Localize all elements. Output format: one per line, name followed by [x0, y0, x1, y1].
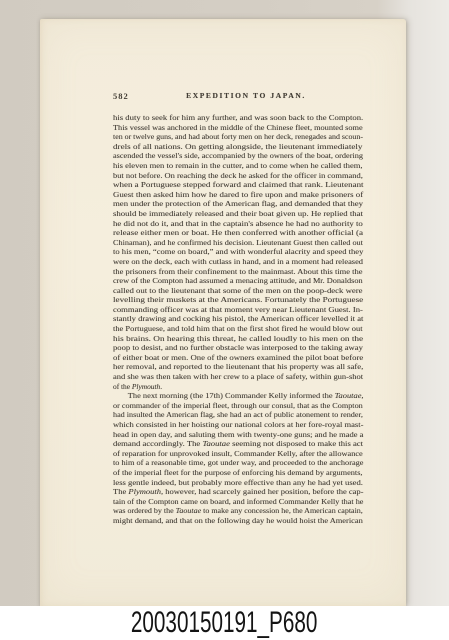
page-number: 582: [113, 91, 129, 101]
text-line: should be immediately released and their…: [113, 209, 363, 219]
text-line: had insulted the American flag, she had …: [113, 410, 363, 420]
text-line: demand accordingly. The Taoutae seeming …: [113, 439, 363, 449]
text-line: his eleven men to remain in the cutter, …: [113, 161, 363, 171]
text-line: This vessel was anchored in the middle o…: [113, 123, 363, 133]
text-line: of the imperial fleet for the purpose of…: [113, 468, 362, 478]
text-line: was ordered by the Taoutae to make any c…: [113, 506, 363, 516]
page-text: his duty to seek for him any further, an…: [113, 113, 363, 526]
catalog-number: 20030150191_P680: [131, 606, 317, 638]
text-line: but not before. On reaching the deck he …: [113, 171, 363, 181]
text-line: and she was then taken with her crew to …: [113, 372, 363, 382]
text-line: of reparation for unprovoked insult, Com…: [113, 449, 363, 459]
text-line: of either boat or men. One of the owners…: [113, 353, 363, 363]
text-line: her removal, and reported to the lieuten…: [113, 362, 363, 372]
text-line: men under the protection of the American…: [113, 199, 363, 209]
text-line: tain of the Compton came on board, and i…: [113, 497, 363, 507]
text-line: when a Portuguese stepped forward and cl…: [113, 180, 364, 190]
text-line: The next morning (the 17th) Commander Ke…: [113, 391, 364, 401]
text-line: the prisoners from their confinement to …: [113, 267, 363, 277]
text-line: drels of all nations. On getting alongsi…: [113, 142, 362, 152]
text-line: his brains. On hearing this threat, he c…: [113, 334, 363, 344]
text-line: he did not do it, and that in the captai…: [113, 219, 363, 229]
text-line: Chinaman), and he confirmed his decision…: [113, 238, 363, 248]
text-line: The Plymouth, however, had scarcely gain…: [113, 487, 364, 497]
text-line: to his men, “come on board,” and with wo…: [113, 247, 363, 257]
book-page: 582 EXPEDITION TO JAPAN. his duty to see…: [40, 19, 406, 606]
running-title: EXPEDITION TO JAPAN.: [113, 91, 363, 100]
text-line: or commander of the imperial fleet, thro…: [113, 401, 363, 411]
caption-strip: 20030150191_P680: [0, 606, 449, 640]
text-line: release either men or boat. He then conf…: [113, 228, 363, 238]
text-line: crew of the Compton had assumed a menaci…: [113, 276, 363, 286]
book-page-photo: 582 EXPEDITION TO JAPAN. his duty to see…: [0, 0, 449, 606]
text-line: less gentle indeed, but probably more ef…: [113, 478, 363, 488]
text-line: of the Plymouth.: [113, 382, 162, 392]
text-line: commanding officer was at that moment ve…: [113, 305, 363, 315]
text-line: were on the deck, each with cutlass in h…: [113, 257, 363, 267]
text-line: poop to desist, and no further obstacle …: [113, 343, 363, 353]
text-line: might demand, and that on the following …: [113, 516, 363, 526]
text-line: called out to the lieutenant that some o…: [113, 286, 363, 296]
text-line: ten or twelve guns, and had about forty …: [113, 132, 363, 142]
text-line: Guest then asked him how he dared to fir…: [113, 190, 363, 200]
text-line: stantly drawing and cocking his pistol, …: [113, 314, 363, 324]
text-line: the Portuguese, and told him that on the…: [113, 324, 363, 334]
text-line: ascended the vessel's side, accompanied …: [113, 151, 363, 161]
text-line: head in open day, and saluting them with…: [113, 430, 363, 440]
text-line: to him of a reasonable time, got under w…: [113, 458, 363, 468]
text-line: which consisted in her hoisting our nati…: [113, 420, 363, 430]
text-line: levelling their muskets at the Americans…: [113, 295, 363, 305]
text-line: his duty to seek for him any further, an…: [113, 113, 363, 123]
running-head: 582 EXPEDITION TO JAPAN.: [113, 91, 363, 103]
